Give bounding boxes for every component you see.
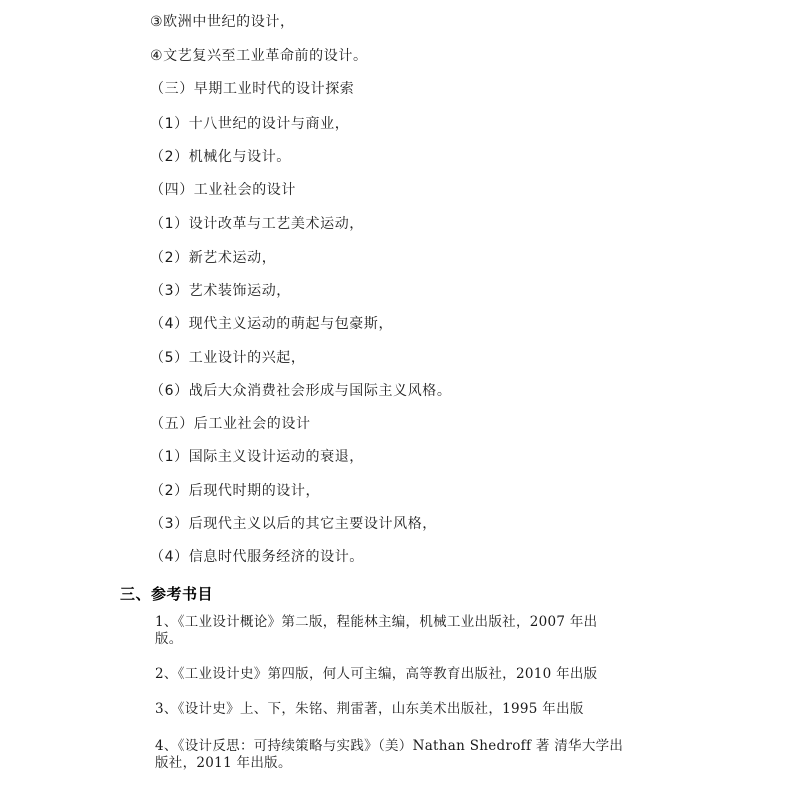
reference-line: 版。 bbox=[155, 631, 598, 648]
outline-item: （1）设计改革与工艺美术运动， bbox=[150, 215, 364, 233]
reference-line: 1、《工业设计概论》第二版，程能林主编，机械工业出版社，2007 年出 bbox=[155, 614, 598, 631]
outline-item: （2）新艺术运动， bbox=[150, 249, 276, 267]
outline-subheading: （五）后工业社会的设计 bbox=[150, 415, 311, 433]
references-heading: 三、参考书目 bbox=[120, 584, 213, 604]
reference-item: 1、《工业设计概论》第二版，程能林主编，机械工业出版社，2007 年出 版。 bbox=[155, 614, 598, 648]
reference-line: 4、《设计反思：可持续策略与实践》（美）Nathan Shedroff 著 清华… bbox=[155, 738, 623, 755]
outline-item: （1）国际主义设计运动的衰退， bbox=[150, 448, 364, 466]
outline-item: （6）战后大众消费社会形成与国际主义风格。 bbox=[150, 382, 452, 400]
outline-item: （5）工业设计的兴起， bbox=[150, 349, 306, 367]
outline-item: （4）现代主义运动的萌起与包豪斯， bbox=[150, 315, 393, 333]
reference-item: 2、《工业设计史》第四版，何人可主编，高等教育出版社，2010 年出版 bbox=[155, 666, 598, 683]
outline-subheading: （四）工业社会的设计 bbox=[150, 181, 296, 199]
outline-item: （3）艺术装饰运动， bbox=[150, 282, 291, 300]
reference-line: 2、《工业设计史》第四版，何人可主编，高等教育出版社，2010 年出版 bbox=[155, 666, 598, 683]
outline-item: （2）机械化与设计。 bbox=[150, 148, 291, 166]
outline-item: （1）十八世纪的设计与商业， bbox=[150, 115, 349, 133]
outline-subheading: （三）早期工业时代的设计探索 bbox=[150, 80, 354, 98]
outline-item: （4）信息时代服务经济的设计。 bbox=[150, 548, 364, 566]
outline-item: （3）后现代主义以后的其它主要设计风格， bbox=[150, 515, 437, 533]
outline-item: ④文艺复兴至工业革命前的设计。 bbox=[150, 47, 368, 65]
outline-item: ③欧洲中世纪的设计， bbox=[150, 13, 295, 31]
outline-item: （2）后现代时期的设计， bbox=[150, 482, 320, 500]
reference-line: 版社，2011 年出版。 bbox=[155, 755, 623, 772]
reference-line: 3、《设计史》上、下，朱铭、荆雷著，山东美术出版社，1995 年出版 bbox=[155, 701, 584, 718]
document-page: ③欧洲中世纪的设计， ④文艺复兴至工业革命前的设计。 （三）早期工业时代的设计探… bbox=[0, 0, 793, 809]
reference-item: 3、《设计史》上、下，朱铭、荆雷著，山东美术出版社，1995 年出版 bbox=[155, 701, 584, 718]
reference-item: 4、《设计反思：可持续策略与实践》（美）Nathan Shedroff 著 清华… bbox=[155, 738, 623, 772]
